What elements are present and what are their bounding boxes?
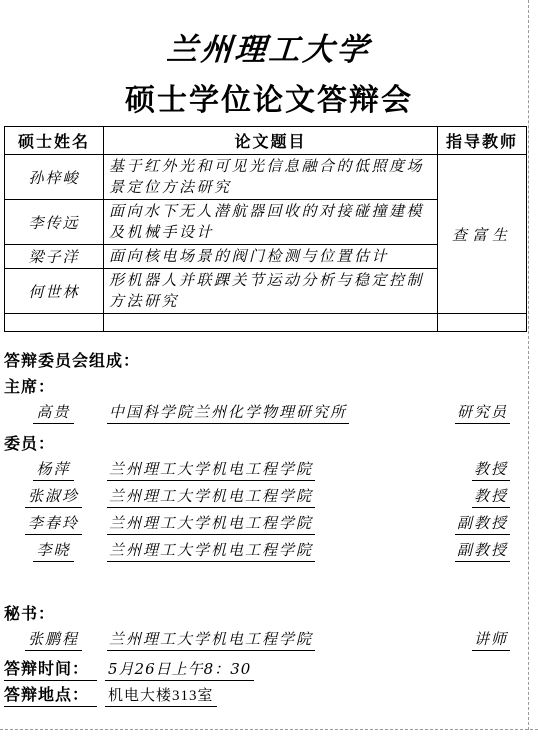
member-title: 副教授 bbox=[455, 539, 510, 562]
member-row: 杨萍 兰州理工大学机电工程学院 教授 bbox=[4, 458, 538, 485]
members-label: 委员： bbox=[4, 432, 538, 458]
empty-title-cell bbox=[104, 314, 438, 332]
empty-name-cell bbox=[5, 314, 104, 332]
secretary-row: 张鹏程 兰州理工大学机电工程学院 讲师 bbox=[4, 628, 538, 655]
member-affiliation: 兰州理工大学机电工程学院 bbox=[107, 485, 315, 508]
chair-name: 高贵 bbox=[33, 401, 73, 424]
chair-title: 研究员 bbox=[455, 401, 510, 424]
empty-row bbox=[5, 314, 527, 332]
member-row: 李晓 兰州理工大学机电工程学院 副教授 bbox=[4, 539, 538, 566]
member-row: 张淑珍 兰州理工大学机电工程学院 教授 bbox=[4, 485, 538, 512]
member-affiliation: 兰州理工大学机电工程学院 bbox=[107, 512, 315, 535]
thesis-title-cell: 形机器人并联踝关节运动分析与稳定控制方法研究 bbox=[104, 269, 438, 314]
university-logo: 兰州理工大学 bbox=[0, 24, 538, 69]
defense-time-value: 5月26日上午8：30 bbox=[105, 658, 254, 681]
member-name: 张淑珍 bbox=[25, 485, 82, 508]
header-thesis-title: 论文题目 bbox=[104, 127, 438, 155]
secretary-name: 张鹏程 bbox=[25, 628, 82, 651]
chair-affiliation: 中国科学院兰州化学物理研究所 bbox=[107, 401, 349, 424]
defense-location-value: 机电大楼313室 bbox=[105, 684, 217, 707]
member-name: 李晓 bbox=[33, 539, 73, 562]
student-name-cell: 梁子洋 bbox=[5, 245, 104, 269]
text-boundary-horizontal bbox=[0, 729, 538, 730]
defense-location-label: 答辩地点： bbox=[4, 682, 97, 707]
student-name-cell: 孙梓峻 bbox=[5, 155, 104, 200]
member-affiliation: 兰州理工大学机电工程学院 bbox=[107, 458, 315, 481]
advisor-cell: 查富生 bbox=[438, 155, 527, 314]
student-name-cell: 何世林 bbox=[5, 269, 104, 314]
defense-time-label: 答辩时间： bbox=[4, 656, 97, 681]
member-title: 教授 bbox=[472, 458, 510, 481]
member-name: 杨萍 bbox=[33, 458, 73, 481]
student-name-cell: 李传远 bbox=[5, 200, 104, 245]
member-row: 李春玲 兰州理工大学机电工程学院 副教授 bbox=[4, 512, 538, 539]
page-title: 硕士学位论文答辩会 bbox=[0, 75, 538, 119]
thesis-title-cell: 面向核电场景的阀门检测与位置估计 bbox=[104, 245, 438, 269]
header-advisor: 指导教师 bbox=[438, 127, 527, 155]
student-row: 孙梓峻 基于红外光和可见光信息融合的低照度场景定位方法研究 查富生 bbox=[5, 155, 527, 200]
empty-advisor-cell bbox=[438, 314, 527, 332]
defense-time-row: 答辩时间： 5月26日上午8：30 bbox=[4, 656, 538, 682]
defense-location-row: 答辩地点： 机电大楼313室 bbox=[4, 682, 538, 708]
thesis-title-cell: 基于红外光和可见光信息融合的低照度场景定位方法研究 bbox=[104, 155, 438, 200]
table-header-row: 硕士姓名 论文题目 指导教师 bbox=[5, 127, 527, 155]
thesis-title-cell: 面向水下无人潜航器回收的对接碰撞建模及机械手设计 bbox=[104, 200, 438, 245]
member-title: 教授 bbox=[472, 485, 510, 508]
chair-row: 高贵 中国科学院兰州化学物理研究所 研究员 bbox=[4, 401, 538, 428]
secretary-title: 讲师 bbox=[472, 628, 510, 651]
secretary-label: 秘书： bbox=[4, 602, 538, 628]
member-name: 李春玲 bbox=[25, 512, 82, 535]
member-title: 副教授 bbox=[455, 512, 510, 535]
member-affiliation: 兰州理工大学机电工程学院 bbox=[107, 539, 315, 562]
header-student-name: 硕士姓名 bbox=[5, 127, 104, 155]
secretary-affiliation: 兰州理工大学机电工程学院 bbox=[107, 628, 315, 651]
text-boundary-vertical bbox=[528, 0, 529, 730]
committee-section-label: 答辩委员会组成： bbox=[4, 349, 538, 375]
chair-label: 主席： bbox=[4, 375, 538, 401]
defense-roster-table: 硕士姓名 论文题目 指导教师 孙梓峻 基于红外光和可见光信息融合的低照度场景定位… bbox=[4, 126, 527, 332]
